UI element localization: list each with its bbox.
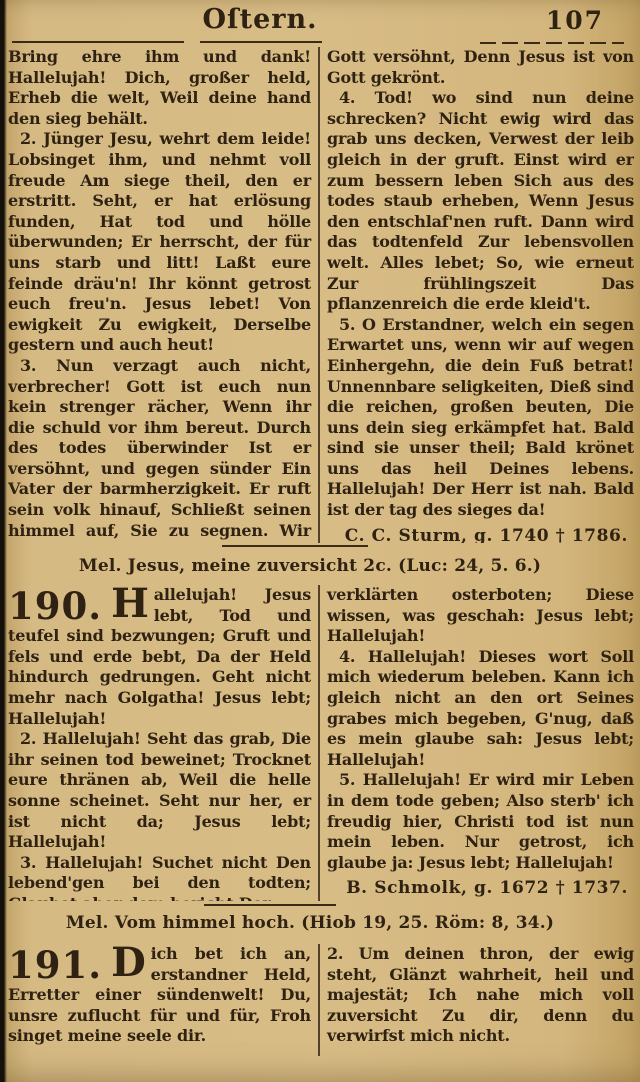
- verse-2: 2. Jünger Jesu, wehrt dem leide! Lobsing…: [8, 129, 311, 356]
- column-divider-rule: [318, 47, 320, 543]
- left-column: 190. H allelujah! Jesus lebt, Tod und te…: [8, 585, 311, 901]
- column-divider-rule: [318, 944, 320, 1056]
- author-attribution-sturm: C. C. Sturm, g. 1740 † 1786.: [327, 526, 634, 543]
- hymnal-page: Oſtern. 107 Bring ehre ihm und dank! Hal…: [0, 0, 640, 1082]
- verse-1: 190. H allelujah! Jesus lebt, Tod und te…: [8, 585, 311, 729]
- dropcap-initial-h: H: [111, 585, 149, 623]
- verse-1: 191. D ich bet ich an, erstandner Held, …: [8, 944, 311, 1047]
- column-divider-rule: [318, 585, 320, 901]
- right-column: verklärten osterboten; Diese wissen, was…: [327, 585, 634, 901]
- left-column: Bring ehre ihm und dank! Hallelujah! Dic…: [8, 47, 311, 543]
- author-attribution-schmolk: B. Schmolk, g. 1672 † 1737.: [327, 878, 634, 899]
- melody-heading-190: Mel. Jesus, meine zuversicht 2c. (Luc: 2…: [10, 556, 610, 576]
- hymn-191-section: 191. D ich bet ich an, erstandner Held, …: [8, 944, 634, 1056]
- book-binding-shadow: [0, 0, 7, 1082]
- verse-5: 5. O Erstandner, welch ein segen Erwarte…: [327, 315, 634, 521]
- hymn-number-190: 190.: [8, 586, 102, 626]
- dropcap-initial-d: D: [111, 944, 146, 982]
- right-column: Gott versöhnt, Denn Jesus ist von Gott g…: [327, 47, 634, 543]
- section-end-rule: [222, 545, 368, 547]
- verse-2: 2. Um deinen thron, der ewig steht, Glän…: [327, 944, 634, 1047]
- header-rule-left: [12, 41, 184, 43]
- hymn-number-191: 191.: [8, 945, 102, 985]
- verse-3-continuation: verklärten osterboten; Diese wissen, was…: [327, 585, 634, 647]
- header-rule-right-dashed: [480, 42, 624, 44]
- verse-3: 3. Nun verzagt auch nicht, verbrecher! G…: [8, 356, 311, 543]
- page-number: 107: [546, 6, 604, 35]
- melody-heading-191: Mel. Vom himmel hoch. (Hiob 19, 25. Röm:…: [10, 913, 610, 933]
- section-end-rule: [204, 904, 336, 906]
- hymn-190-section: 190. H allelujah! Jesus lebt, Tod und te…: [8, 585, 634, 901]
- verse-4: 4. Tod! wo sind nun deine schrecken? Nic…: [327, 88, 634, 315]
- page-title: Oſtern.: [175, 4, 345, 35]
- left-column: 191. D ich bet ich an, erstandner Held, …: [8, 944, 311, 1056]
- hymn-continuation-section: Bring ehre ihm und dank! Hallelujah! Dic…: [8, 47, 634, 543]
- verse-4: 4. Hallelujah! Dieses wort Soll mich wie…: [327, 647, 634, 771]
- header-rule-center: [200, 41, 322, 43]
- right-column: 2. Um deinen thron, der ewig steht, Glän…: [327, 944, 634, 1056]
- verse-1-continuation: Bring ehre ihm und dank! Hallelujah! Dic…: [8, 47, 311, 129]
- verse-3: 3. Hallelujah! Suchet nicht Den lebend'g…: [8, 853, 311, 901]
- verse-2: 2. Hallelujah! Seht das grab, Die ihr se…: [8, 729, 311, 853]
- verse-3-continuation: Gott versöhnt, Denn Jesus ist von Gott g…: [327, 47, 634, 88]
- verse-5: 5. Hallelujah! Er wird mir Leben in dem …: [327, 770, 634, 873]
